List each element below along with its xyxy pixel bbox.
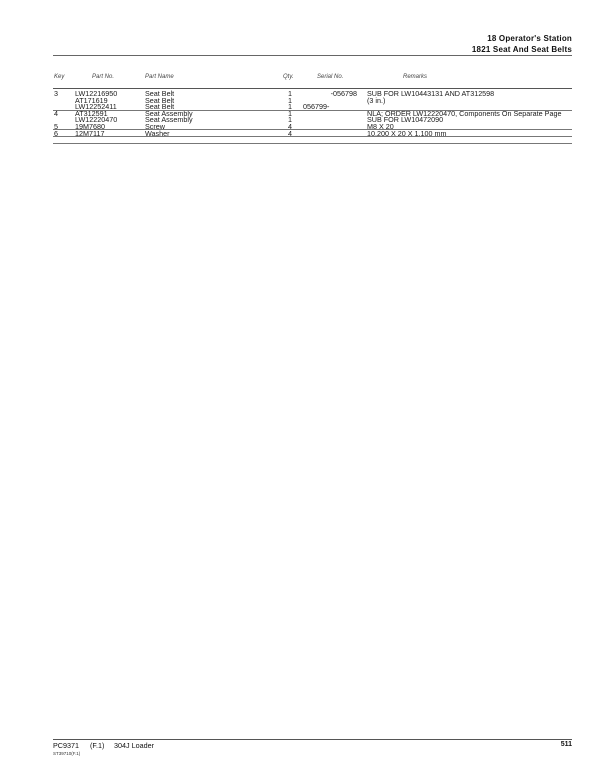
column-header-key: Key [54,74,64,80]
column-header-part-no: Part No. [92,74,114,80]
cell-serial-no: -056798 [331,90,357,97]
footer-revision: (F.1) [90,741,104,750]
row-group-divider [53,129,572,130]
row-group-divider [53,110,572,111]
page-number: 511 [561,741,572,748]
subsection-title: 1821 Seat And Seat Belts [472,45,572,54]
section-title: 18 Operator's Station [487,34,572,43]
footer-rule [53,739,572,740]
cell-key: 4 [54,110,58,117]
cell-key: 3 [54,90,58,97]
column-header-remarks: Remarks [403,74,427,80]
table-header-rule [53,88,572,89]
column-header-part-name: Part Name [145,74,174,80]
row-group-divider [53,143,572,144]
cell-remarks: SUB FOR LW10443131 AND AT312598 [367,90,494,97]
cell-remarks: (3 in.) [367,97,385,104]
footer-model: 304J Loader [114,741,154,750]
column-header-qty: Qty. [283,74,294,80]
footer-doc-id: PC9371 [53,741,79,750]
row-group-divider [53,136,572,137]
footer-code: ST39710(F.1) [53,751,80,756]
column-header-serial-no: Serial No. [317,74,343,80]
header-rule [53,55,572,56]
